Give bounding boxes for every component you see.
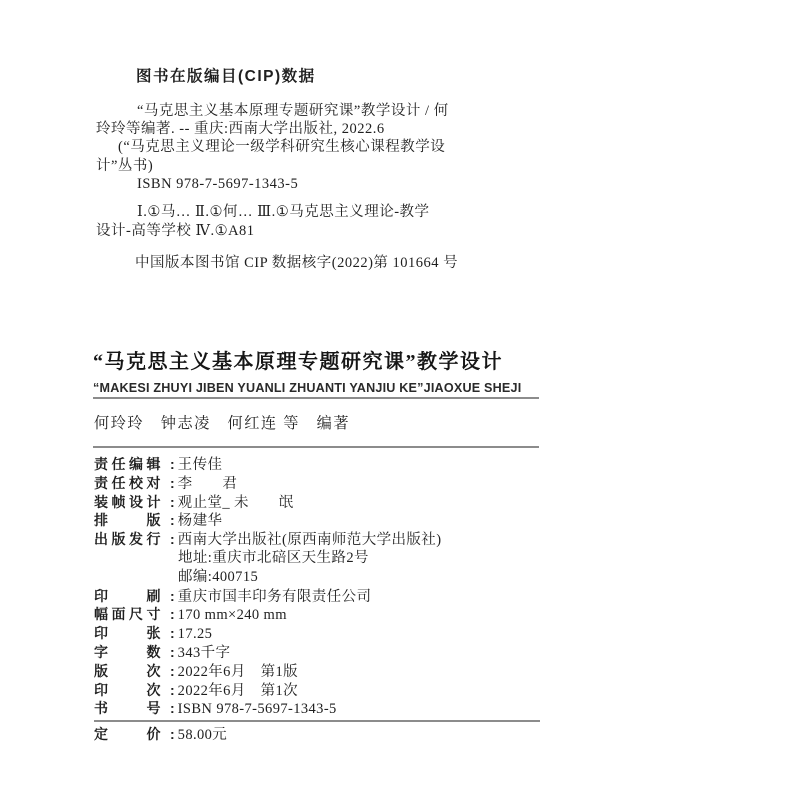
price-divider xyxy=(94,720,540,722)
colophon-colon: : xyxy=(170,475,175,491)
cip-paragraph-line: 玲玲等编著. -- 重庆:西南大学出版社, 2022.6 xyxy=(96,120,551,138)
authors-divider xyxy=(93,446,539,448)
colophon-value: 杨建华 xyxy=(178,513,223,529)
colophon-colon: : xyxy=(170,726,175,742)
colophon-value: 西南大学出版社(原西南师范大学出版社) xyxy=(178,532,442,548)
colophon-colon: : xyxy=(170,663,175,679)
colophon-value: 2022年6月 第1次 xyxy=(178,683,298,699)
colophon-label: 装帧设计 xyxy=(94,493,170,512)
colophon-row: 出版发行:西南大学出版社(原西南师范大学出版社) xyxy=(94,530,574,549)
colophon-value: 重庆市国丰印务有限责任公司 xyxy=(178,589,372,605)
colophon-label: 幅面尺寸 xyxy=(94,605,170,624)
colophon-value: 170 mm×240 mm xyxy=(178,607,287,623)
colophon-colon: : xyxy=(170,644,175,660)
colophon-label: 印 次 xyxy=(94,681,170,700)
colophon-row: 印 次:2022年6月 第1次 xyxy=(94,681,574,700)
colophon-label: 版 次 xyxy=(94,662,170,681)
colophon-row: 版 次:2022年6月 第1版 xyxy=(94,662,574,681)
cip-paragraph-line: (“马克思主义理论一级学科研究生核心课程教学设 xyxy=(96,138,551,156)
colophon-value: 2022年6月 第1版 xyxy=(178,664,298,680)
colophon: 责任编辑:王传佳 责任校对:李 君 装帧设计:观止堂_ 未 氓 排 版:杨建华 … xyxy=(94,455,574,744)
colophon-row: 书 号:ISBN 978-7-5697-1343-5 xyxy=(94,699,574,718)
colophon-row: 排 版:杨建华 xyxy=(94,511,574,530)
colophon-value: 邮编:400715 xyxy=(178,569,258,585)
authors-line: 何玲玲 钟志凌 何红连 等 编著 xyxy=(94,412,350,433)
colophon-row: 责任校对:李 君 xyxy=(94,474,574,493)
cip-paragraph: “马克思主义基本原理专题研究课”教学设计 / 何 玲玲等编著. -- 重庆:西南… xyxy=(96,102,551,193)
colophon-value: 王传佳 xyxy=(178,457,223,473)
colophon-label: 字 数 xyxy=(94,643,170,662)
colophon-value: 343千字 xyxy=(178,645,231,661)
colophon-row: 印 张:17.25 xyxy=(94,624,574,643)
colophon-label: 定 价 xyxy=(94,725,170,744)
colophon-label: 印 张 xyxy=(94,624,170,643)
colophon-value: 李 君 xyxy=(178,476,238,492)
colophon-value: ISBN 978-7-5697-1343-5 xyxy=(178,701,337,717)
colophon-colon: : xyxy=(170,512,175,528)
colophon-label: 书 号 xyxy=(94,699,170,718)
cip-classification-line: 设计-高等学校 Ⅳ.①A81 xyxy=(96,222,551,241)
colophon-label: 印 刷 xyxy=(94,587,170,606)
cip-paragraph-line: “马克思主义基本原理专题研究课”教学设计 / 何 xyxy=(96,102,551,120)
colophon-subrow-address: 地址:重庆市北碚区天生路2号 xyxy=(94,549,574,568)
colophon-value: 地址:重庆市北碚区天生路2号 xyxy=(178,550,369,566)
colophon-label: 出版发行 xyxy=(94,530,170,549)
colophon-value: 观止堂_ 未 氓 xyxy=(178,495,294,511)
colophon-row: 印 刷:重庆市国丰印务有限责任公司 xyxy=(94,587,574,606)
cip-classification: Ⅰ.①马… Ⅱ.①何… Ⅲ.①马克思主义理论-教学 设计-高等学校 Ⅳ.①A81 xyxy=(96,203,551,240)
book-title-chinese: “马克思主义基本原理专题研究课”教学设计 xyxy=(93,345,613,374)
colophon-row: 字 数:343千字 xyxy=(94,643,574,662)
title-block: “马克思主义基本原理专题研究课”教学设计 “MAKESI ZHUYI JIBEN… xyxy=(93,345,613,395)
colophon-colon: : xyxy=(170,531,175,547)
colophon-value: 58.00元 xyxy=(178,727,228,743)
colophon-label: 责任校对 xyxy=(94,474,170,493)
colophon-colon: : xyxy=(170,682,175,698)
cip-header: 图书在版编目(CIP)数据 xyxy=(136,64,316,86)
colophon-label: 责任编辑 xyxy=(94,455,170,474)
cip-isbn: ISBN 978-7-5697-1343-5 xyxy=(96,175,551,193)
book-title-pinyin: “MAKESI ZHUYI JIBEN YUANLI ZHUANTI YANJI… xyxy=(93,381,613,395)
colophon-row: 装帧设计:观止堂_ 未 氓 xyxy=(94,493,574,512)
colophon-colon: : xyxy=(170,588,175,604)
cip-record-number: 中国版本图书馆 CIP 数据核字(2022)第 101664 号 xyxy=(135,251,458,272)
colophon-colon: : xyxy=(170,456,175,472)
colophon-colon: : xyxy=(170,700,175,716)
cip-paragraph-line: 计”丛书) xyxy=(96,157,551,175)
book-copyright-page: { "cip": { "header": "图书在版编目(CIP)数据", "p… xyxy=(0,0,800,800)
colophon-colon: : xyxy=(170,494,175,510)
colophon-subrow-postcode: 邮编:400715 xyxy=(94,568,574,587)
title-divider xyxy=(93,397,539,399)
colophon-value: 17.25 xyxy=(178,626,213,642)
colophon-label: 排 版 xyxy=(94,511,170,530)
colophon-row: 责任编辑:王传佳 xyxy=(94,455,574,474)
cip-classification-line: Ⅰ.①马… Ⅱ.①何… Ⅲ.①马克思主义理论-教学 xyxy=(96,203,551,222)
colophon-row: 幅面尺寸:170 mm×240 mm xyxy=(94,605,574,624)
colophon-colon: : xyxy=(170,606,175,622)
colophon-price-row: 定 价:58.00元 xyxy=(94,725,574,744)
colophon-colon: : xyxy=(170,625,175,641)
